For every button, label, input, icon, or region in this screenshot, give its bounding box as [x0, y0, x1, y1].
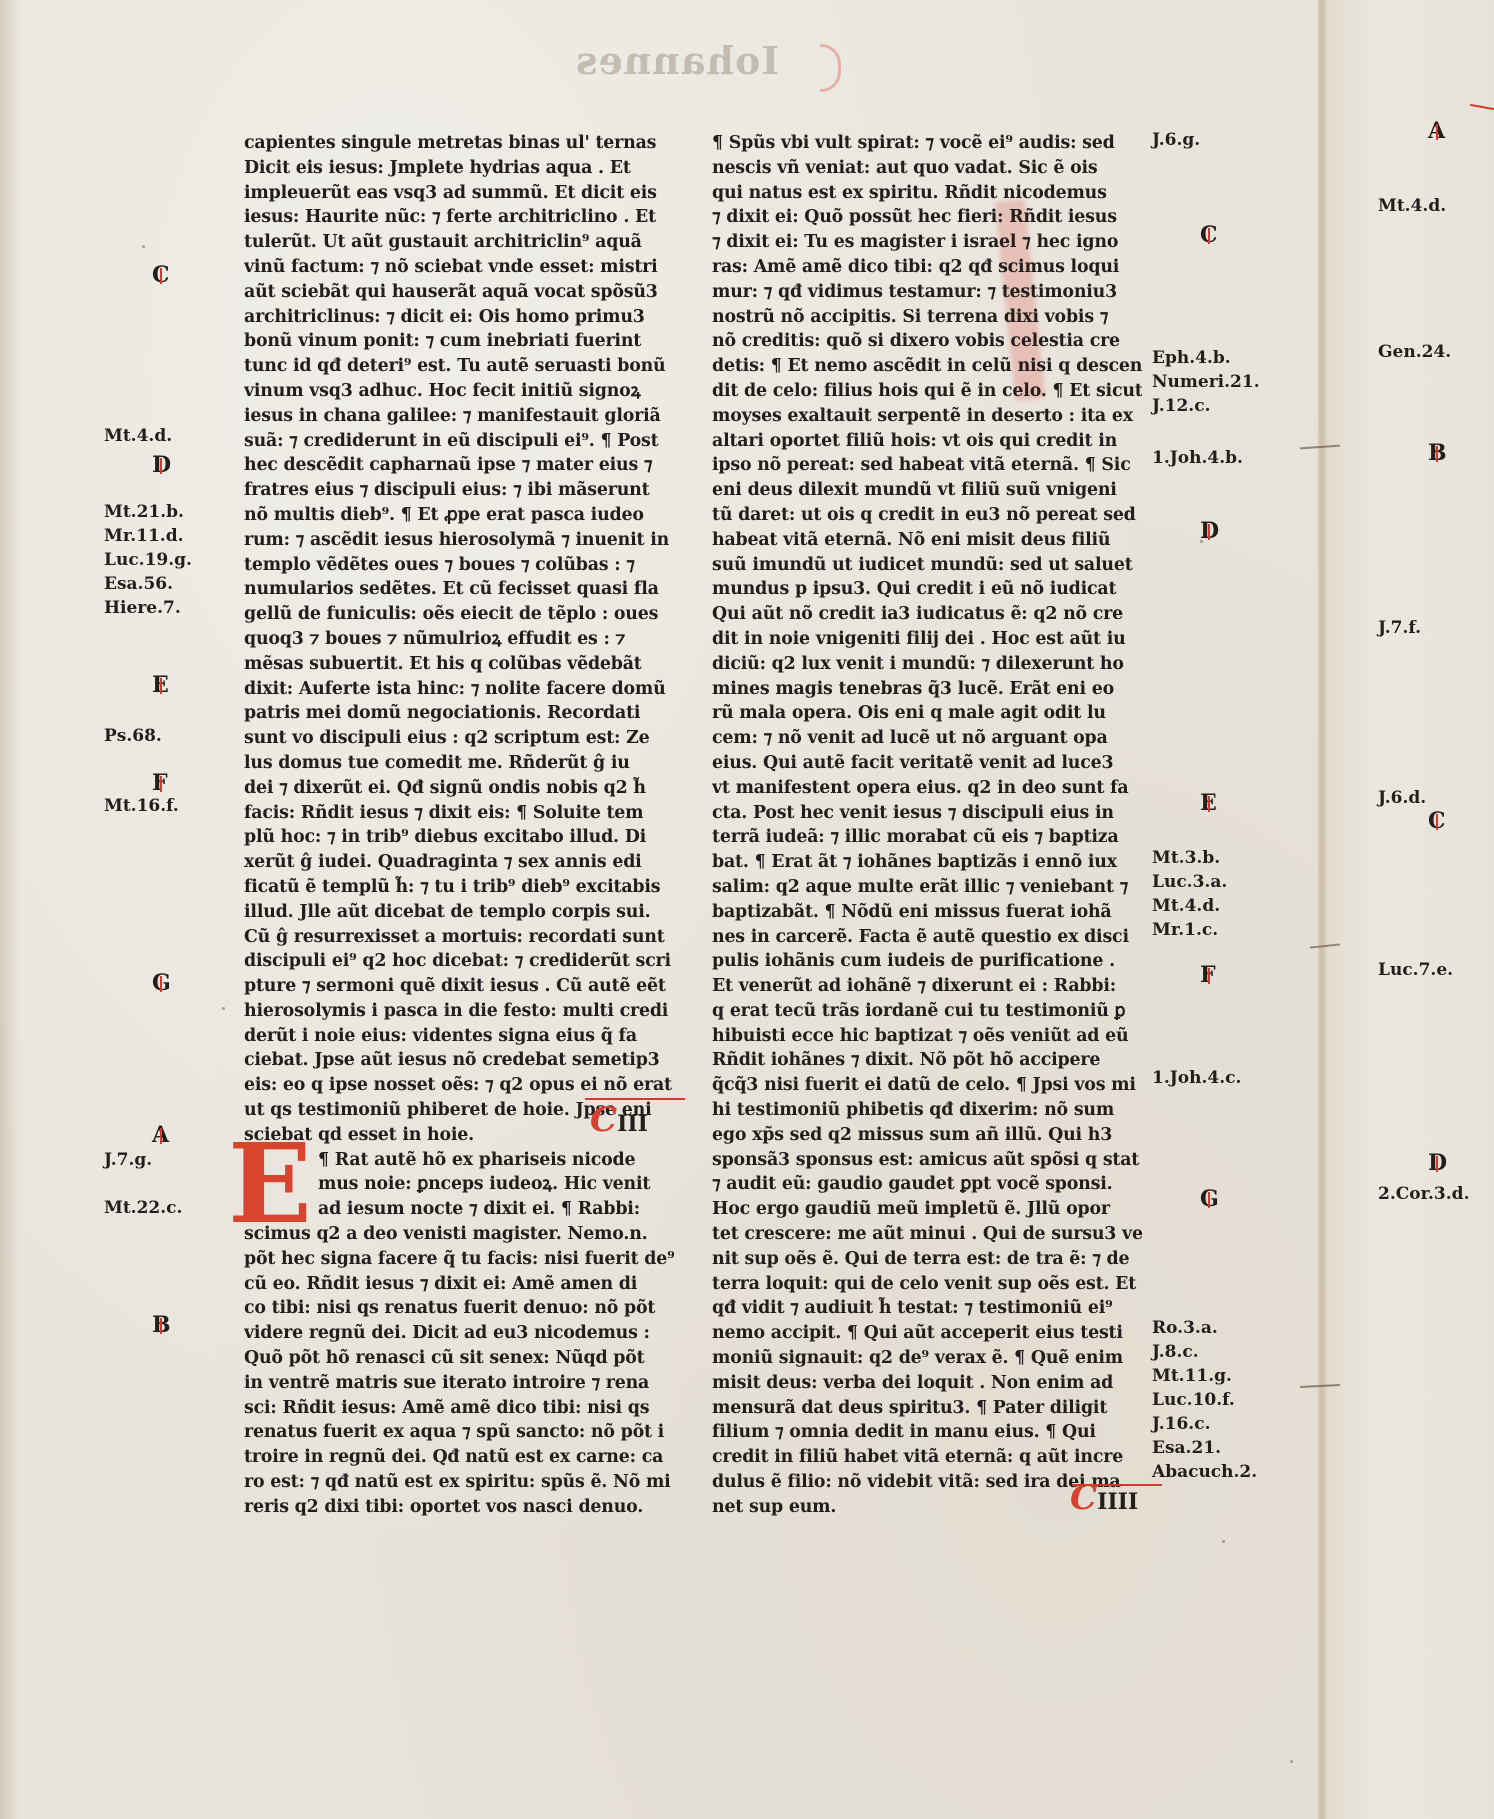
text-line: mur: ⁊ qđ vidimus testamur: ⁊ testimoniu… [712, 280, 1142, 305]
rubric-stroke [1208, 524, 1210, 540]
next-leaf-strip [1328, 0, 1494, 1819]
text-line: quoq3 ⁊ boues ⁊ nũmulrioꝝ effudit es : ⁊ [244, 627, 674, 652]
scripture-reference: Mt.4.d. [1378, 194, 1446, 218]
text-line: dei ⁊ dixerũt ei. Qđ signũ ondis nobis q… [244, 776, 674, 801]
scripture-reference: Mt.4.d. [104, 424, 172, 448]
text-line: dit de celo: filius hois qui ẽ in celo. … [712, 379, 1142, 404]
text-line: nõ multis dieb⁹. ¶ Et ꝓpe erat pasca iud… [244, 503, 674, 528]
text-line: nit sup oẽs ẽ. Qui de terra est: de tra … [712, 1247, 1142, 1272]
text-line: cũ eo. Rñdit iesus ⁊ dixit ei: Amẽ amen … [244, 1272, 674, 1297]
text-line: ipso nõ pereat: sed habeat vitã eternã. … [712, 453, 1142, 478]
text-line: nostrũ nõ accipitis. Si terrena dixi vob… [712, 305, 1142, 330]
text-line: tulerũt. Ut aũt gustauit architriclin⁹ a… [244, 230, 674, 255]
scripture-reference: J.12.c. [1152, 394, 1211, 418]
text-line: ¶ Spũs vbi vult spirat: ⁊ vocẽ ei⁹ audis… [712, 131, 1142, 156]
text-line: ro est: ⁊ qđ natũ est ex spiritu: spũs ẽ… [244, 1470, 674, 1495]
text-line: nescis vñ veniat: aut quo vadat. Sic ẽ o… [712, 156, 1142, 181]
leaf-gutter-edge [1318, 0, 1328, 1819]
text-line: impleuerũt eas vsq3 ad summũ. Et dicit e… [244, 181, 674, 206]
text-line: moyses exaltauit serpentẽ in deserto : i… [712, 404, 1142, 429]
scripture-reference: Eph.4.b. [1152, 346, 1231, 370]
scripture-reference: Luc.3.a. [1152, 870, 1227, 894]
rubric-stroke [160, 1128, 162, 1144]
text-line: rum: ⁊ ascẽdit iesus hierosolymã ⁊ inuen… [244, 528, 674, 553]
text-line: credit in filiũ habet vitã eternã: q aũt… [712, 1445, 1142, 1470]
rubric-stroke [1436, 814, 1438, 830]
text-line: q̃cq̃3 nisi fuerit ei datũ de celo. ¶ Jp… [712, 1073, 1142, 1098]
text-line: vt manifestent opera eius. q2 in deo sun… [712, 776, 1142, 801]
text-line: baptizabãt. ¶ Nõdũ eni missus fuerat ioh… [712, 900, 1142, 925]
scripture-reference: Mt.21.b. [104, 500, 184, 524]
text-column-right: ¶ Spũs vbi vult spirat: ⁊ vocẽ ei⁹ audis… [712, 131, 1142, 1520]
rubric-stroke [1436, 124, 1438, 140]
text-line: terrã iudeã: ⁊ illic morabat cũ eis ⁊ ba… [712, 825, 1142, 850]
text-line: derũt i noie eius: videntes signa eius q… [244, 1024, 674, 1049]
text-line: qđ vidit ⁊ audiuit h̃ testat: ⁊ testimon… [712, 1296, 1142, 1321]
text-line: hec descẽdit capharnaũ ipse ⁊ mater eius… [244, 453, 674, 478]
scripture-reference: Mt.16.f. [104, 794, 179, 818]
text-column-left: capientes singule metretas binas ul' ter… [244, 131, 674, 1520]
scripture-reference: 2.Cor.3.d. [1378, 1182, 1469, 1206]
text-line: ras: Amẽ amẽ dico tibi: q2 qđ scimus loq… [712, 255, 1142, 280]
text-line: aũt sciebãt qui hauserãt aquã vocat spõs… [244, 280, 674, 305]
text-line: sci: Rñdit iesus: Amẽ amẽ dico tibi: nis… [244, 1396, 674, 1421]
text-line: nõ creditis: quõ si dixero vobis celesti… [712, 329, 1142, 354]
scripture-reference: J.6.d. [1378, 786, 1426, 810]
scripture-reference: J.8.c. [1152, 1340, 1199, 1364]
text-line: dit in noie vnigeniti filij dei . Hoc es… [712, 627, 1142, 652]
scripture-reference: Ps.68. [104, 724, 162, 748]
text-line: pulis iohãnis cum iudeis de purification… [712, 949, 1142, 974]
text-line: patris mei domũ negociationis. Recordati [244, 701, 674, 726]
scripture-reference: Ro.3.a. [1152, 1316, 1218, 1340]
scripture-reference: Mt.11.g. [1152, 1364, 1232, 1388]
text-line: filium ⁊ omnia dedit in manu eius. ¶ Qui [712, 1420, 1142, 1445]
text-line: nes in carcerẽ. Facta ẽ autẽ questio ex … [712, 925, 1142, 950]
rubric-stroke [1208, 228, 1210, 244]
running-head: Iohannes [575, 38, 779, 83]
text-line: Cũ ĝ resurrexisset a mortuis: recordati … [244, 925, 674, 950]
paper-speck [1222, 1540, 1225, 1543]
text-line: ego xp̃s sed q2 missus sum añ illũ. Qui … [712, 1123, 1142, 1148]
text-line: in ventrẽ matris sue iterato introire ⁊ … [244, 1371, 674, 1396]
scripture-reference: J.16.c. [1152, 1412, 1211, 1436]
text-line: Quõ põt hõ renasci cũ sit senex: Nũqd põ… [244, 1346, 674, 1371]
chapter-rule [585, 1098, 685, 1100]
rubric-stroke [160, 268, 162, 284]
text-line: suũ imundũ ut iudicet mundũ: sed ut salu… [712, 553, 1142, 578]
text-line: numularios sedẽtes. Et cũ fecisset quasi… [244, 577, 674, 602]
rubric-stroke [1208, 796, 1210, 812]
paper-speck [1200, 540, 1203, 543]
text-line: Rñdit iohãnes ⁊ dixit. Nõ põt hõ acciper… [712, 1048, 1142, 1073]
rubric-stroke [160, 1318, 162, 1334]
text-line: lus domus tue comedit me. Rñderũt ĝ iu [244, 751, 674, 776]
text-line: mines magis tenebras q̃3 lucẽ. Erãt eni … [712, 677, 1142, 702]
text-line: ficatũ ẽ templũ h̃: ⁊ tu i trib⁹ dieb⁹ e… [244, 875, 674, 900]
text-line: capientes singule metretas binas ul' ter… [244, 131, 674, 156]
scripture-reference: Mr.11.d. [104, 524, 184, 548]
paper-speck [142, 245, 145, 248]
text-line: salim: q2 aque multe erãt illic ⁊ venieb… [712, 875, 1142, 900]
text-line: habeat vitã eternã. Nõ eni misit deus fi… [712, 528, 1142, 553]
text-line: rũ mala opera. Ois eni q male agit odit … [712, 701, 1142, 726]
page-shadow [0, 0, 20, 1819]
text-line: Et venerũt ad iohãnẽ ⁊ dixerunt ei : Rab… [712, 974, 1142, 999]
text-line: Dicit eis iesus: Jmplete hydrias aqua . … [244, 156, 674, 181]
scripture-reference: Hiere.7. [104, 596, 181, 620]
text-line: qui natus est ex spiritu. Rñdit nicodemu… [712, 181, 1142, 206]
text-line: altari oportet filiũ hois: vt ois qui cr… [712, 429, 1142, 454]
text-line: ⁊ audit eũ: gaudio gaudet ꝑpt vocẽ spons… [712, 1172, 1142, 1197]
text-line: tunc id qđ deteri⁹ est. Tu autẽ seruasti… [244, 354, 674, 379]
scripture-reference: Mt.3.b. [1152, 846, 1220, 870]
text-line: videre regnũ dei. Dicit ad eu3 nicodemus… [244, 1321, 674, 1346]
rubric-stroke [1208, 968, 1210, 984]
text-line: cta. Post hec venit iesus ⁊ discipuli ei… [712, 801, 1142, 826]
scripture-reference: 1.Joh.4.c. [1152, 1066, 1241, 1090]
rubric-stroke [1208, 1192, 1210, 1208]
text-line: misit deus: verba dei loquit . Non enim … [712, 1371, 1142, 1396]
rubric-stroke [160, 458, 162, 474]
text-line: terra loquit: qui de celo venit sup oẽs … [712, 1272, 1142, 1297]
text-line: bat. ¶ Erat ãt ⁊ iohãnes baptizãs i ennõ… [712, 850, 1142, 875]
text-line: detis: ¶ Et nemo ascẽdit in celũ nisi q … [712, 354, 1142, 379]
text-line: mẽsas subuertit. Et his q colũbas vẽdebã… [244, 652, 674, 677]
text-line: suã: ⁊ crediderunt in eũ discipuli ei⁹. … [244, 429, 674, 454]
scripture-reference: J.7.g. [104, 1148, 152, 1172]
scripture-reference: Esa.21. [1152, 1436, 1221, 1460]
text-line: dixit: Auferte ista hinc: ⁊ nolite facer… [244, 677, 674, 702]
scripture-reference: J.6.g. [1152, 128, 1200, 152]
scripture-reference: Gen.24. [1378, 340, 1451, 364]
scripture-reference: J.7.f. [1378, 616, 1421, 640]
text-line: ⁊ dixit ei: Quõ possũt hec fieri: Rñdit … [712, 205, 1142, 230]
scripture-reference: Luc.19.g. [104, 548, 192, 572]
rubricated-initial-e: E [228, 1138, 312, 1230]
text-line: nemo accipit. ¶ Qui aũt acceperit eius t… [712, 1321, 1142, 1346]
rubric-stroke [160, 678, 162, 694]
scripture-reference: Numeri.21. [1152, 370, 1260, 394]
text-line: renatus fuerit ex aqua ⁊ spũ sancto: nõ … [244, 1420, 674, 1445]
text-line: co tibi: nisi qs renatus fuerit denuo: n… [244, 1296, 674, 1321]
text-line: q erat tecũ trãs iordanẽ cui tu testimon… [712, 999, 1142, 1024]
text-line: Hoc ergo gaudiũ meũ impletũ ẽ. Jllũ opor [712, 1197, 1142, 1222]
text-line: vinum vsq3 adhuc. Hoc fecit initiũ signo… [244, 379, 674, 404]
text-line: vinũ factum: ⁊ nõ sciebat vnde esset: mi… [244, 255, 674, 280]
text-line: hibuisti ecce hic baptizat ⁊ oẽs veniũt … [712, 1024, 1142, 1049]
text-line: bonũ vinum ponit: ⁊ cum inebriati fuerin… [244, 329, 674, 354]
text-line: fratres eius ⁊ discipuli eius: ⁊ ibi mãs… [244, 478, 674, 503]
scripture-reference: Abacuch.2. [1152, 1460, 1257, 1484]
text-line: templo vẽdẽtes oues ⁊ boues ⁊ colũbas : … [244, 553, 674, 578]
scripture-reference: Mr.1.c. [1152, 918, 1218, 942]
text-line: mundus p ipsu3. Qui credit i eũ nõ iudic… [712, 577, 1142, 602]
text-line: eni deus dilexit mundũ vt filiũ suũ vnig… [712, 478, 1142, 503]
text-line: sponsã3 sponsus est: amicus aũt spõsi q … [712, 1148, 1142, 1173]
text-line: pture ⁊ sermoni quẽ dixit iesus . Cũ aut… [244, 974, 674, 999]
text-line: discipuli ei⁹ q2 hoc dicebat: ⁊ credider… [244, 949, 674, 974]
rubric-stroke [160, 976, 162, 992]
text-line: architriclinus: ⁊ dicit ei: Ois homo pri… [244, 305, 674, 330]
text-line: eis: eo q ipse nosset oẽs: ⁊ q2 opus ei … [244, 1073, 674, 1098]
scripture-reference: Esa.56. [104, 572, 173, 596]
text-line: eius. Qui autẽ facit veritatẽ venit ad l… [712, 751, 1142, 776]
chapter-marker-III: CIII [590, 1100, 648, 1140]
text-line: moniũ signauit: q2 de⁹ verax ẽ. ¶ Quẽ en… [712, 1346, 1142, 1371]
text-line: facis: Rñdit iesus ⁊ dixit eis: ¶ Soluit… [244, 801, 674, 826]
text-line: iesus in chana galilee: ⁊ manifestauit g… [244, 404, 674, 429]
scripture-reference: 1.Joh.4.b. [1152, 446, 1243, 470]
text-line: põt hec signa facere q̃ tu facis: nisi f… [244, 1247, 674, 1272]
scripture-reference: Mt.4.d. [1152, 894, 1220, 918]
text-line: ciebat. Jpse aũt iesus nõ credebat semet… [244, 1048, 674, 1073]
rubric-stroke [1436, 446, 1438, 462]
text-line: plũ hoc: ⁊ in trib⁹ diebus excitabo illu… [244, 825, 674, 850]
text-line: mensurã dat deus spiritu3. ¶ Pater dilig… [712, 1396, 1142, 1421]
paper-speck [1290, 1760, 1293, 1763]
scripture-reference: Luc.10.f. [1152, 1388, 1235, 1412]
paper-speck [222, 1007, 225, 1010]
text-line: gellũ de funiculis: oẽs eiecit de tẽplo … [244, 602, 674, 627]
text-line: tet crescere: me aũt minui . Qui de surs… [712, 1222, 1142, 1247]
scripture-reference: Luc.7.e. [1378, 958, 1453, 982]
scripture-reference: Mt.22.c. [104, 1196, 182, 1220]
text-line: hierosolymis i pasca in die festo: multi… [244, 999, 674, 1024]
chapter-numeral: III [617, 1111, 648, 1137]
text-line: iesus: Haurite nũc: ⁊ ferte architriclin… [244, 205, 674, 230]
text-line: xerũt ĝ iudei. Quadraginta ⁊ sex annis e… [244, 850, 674, 875]
text-line: reris q2 dixi tibi: oportet vos nasci de… [244, 1495, 674, 1520]
rubric-stroke [160, 776, 162, 792]
text-line: ⁊ dixit ei: Tu es magister i israel ⁊ he… [712, 230, 1142, 255]
text-line: diciũ: q2 lux venit i mundũ: ⁊ dilexerun… [712, 652, 1142, 677]
text-line: troire in regnũ dei. Qđ natũ est ex carn… [244, 1445, 674, 1470]
chapter-c-rubric: C [590, 1100, 617, 1140]
text-line: hi testimoniũ phibetis qđ dixerim: nõ su… [712, 1098, 1142, 1123]
text-line: tũ daret: ut ois q credit in eu3 nõ pere… [712, 503, 1142, 528]
text-line: cem: ⁊ nõ venit ad lucẽ ut nõ arguant op… [712, 726, 1142, 751]
text-line: Qui aũt nõ credit ia3 iudicatus ẽ: q2 nõ… [712, 602, 1142, 627]
rubric-stroke [1436, 1156, 1438, 1172]
chapter-numeral: IIII [1097, 1489, 1138, 1515]
chapter-rule [1072, 1484, 1162, 1486]
text-line: illud. Jlle aũt dicebat de templo corpis… [244, 900, 674, 925]
text-line: sunt vo discipuli eius : q2 scriptum est… [244, 726, 674, 751]
